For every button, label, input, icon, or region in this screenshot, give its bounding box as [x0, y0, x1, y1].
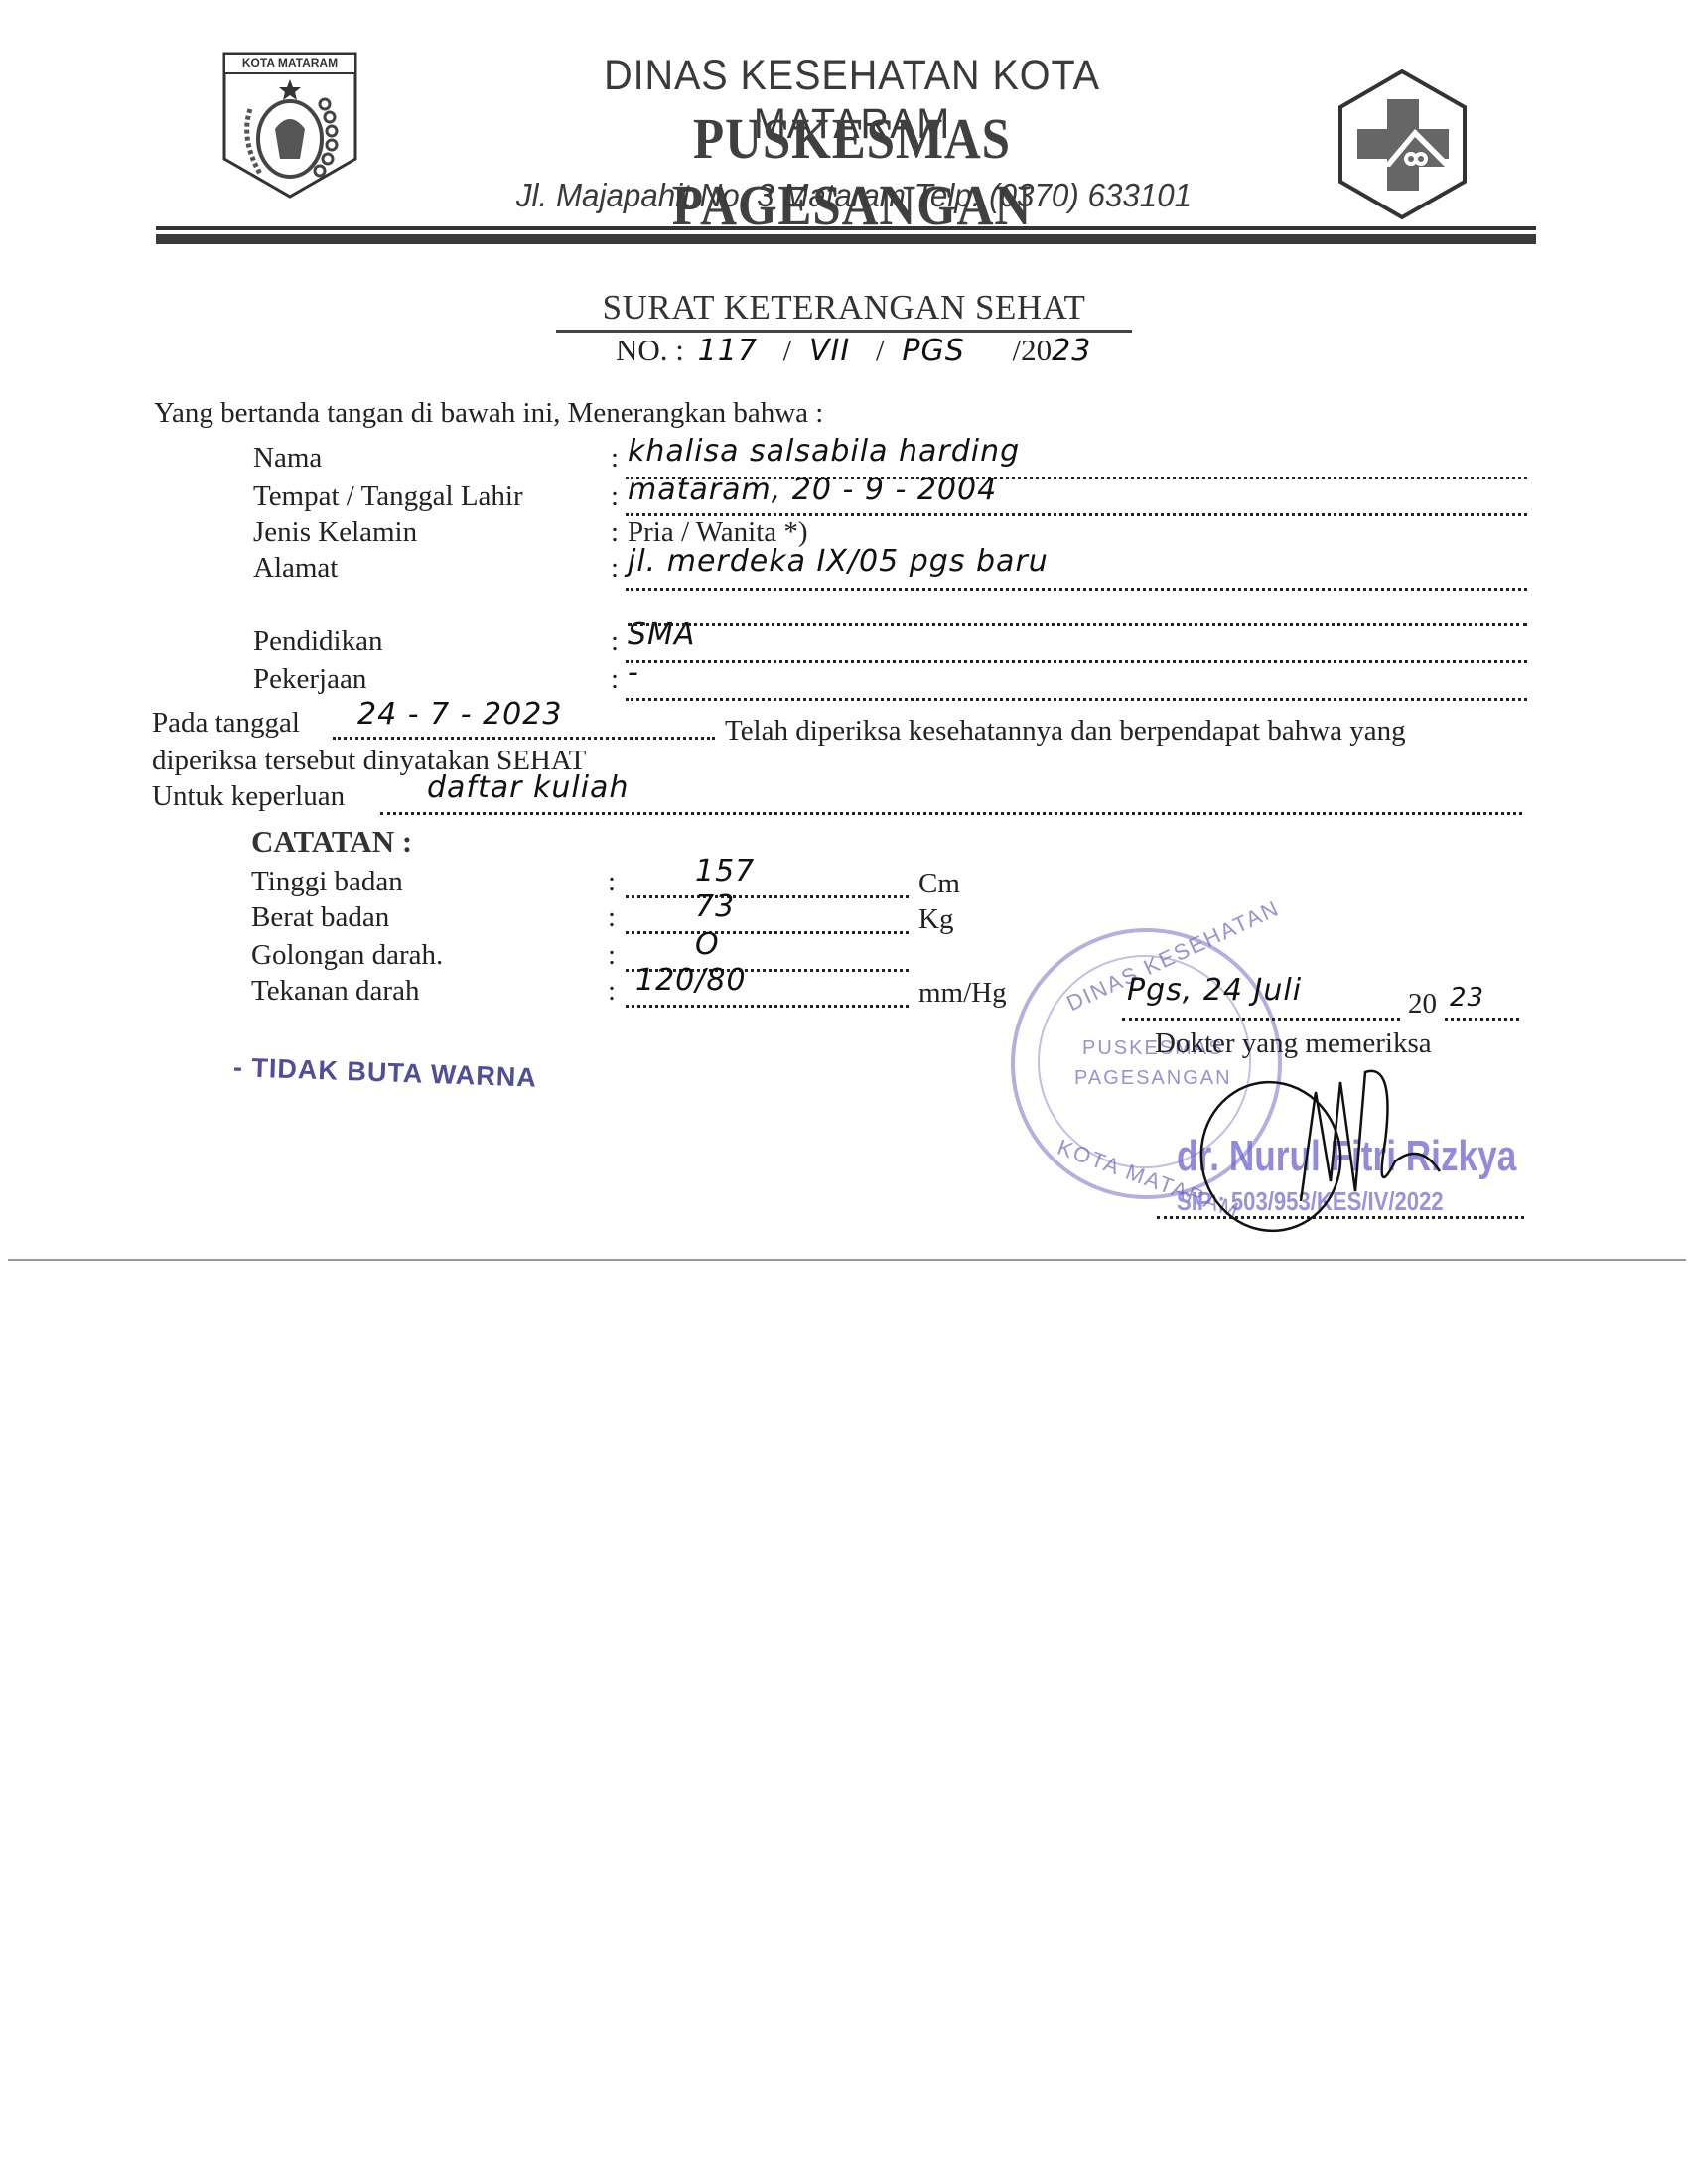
purpose-dots	[380, 812, 1522, 815]
field-colon: :	[611, 552, 619, 585]
field-value: khalisa salsabila harding	[628, 434, 1020, 469]
note-unit: Kg	[918, 903, 953, 936]
doctor-signature	[1182, 1052, 1499, 1241]
sign-year-dots	[1445, 1018, 1519, 1021]
exam-date-dots	[333, 737, 715, 740]
field-label: Alamat	[253, 552, 338, 585]
note-label: Golongan darah.	[251, 939, 443, 972]
field-colon: :	[611, 480, 619, 513]
clinic-address: Jl. Majapahit No. 3 Mataram Telp. (0370)…	[487, 177, 1222, 214]
note-unit: Cm	[918, 868, 960, 900]
city-coat-of-arms-logo: KOTA MATARAM	[220, 50, 359, 199]
field-dots	[626, 660, 1527, 663]
exam-date-prefix: Pada tanggal	[152, 707, 300, 740]
notes-heading: CATATAN :	[251, 824, 412, 860]
note-value: 157	[695, 854, 755, 888]
sign-place-dots	[1122, 1018, 1400, 1021]
note-dots	[626, 931, 909, 934]
document-number: NO. : 117 / VII / PGS /2023	[616, 333, 1091, 368]
field-label: Nama	[253, 442, 322, 475]
note-unit: mm/Hg	[918, 977, 1007, 1010]
field-colon: :	[611, 663, 619, 696]
note-colon: :	[608, 975, 616, 1008]
number-seq: 117	[698, 334, 758, 368]
page-bottom-edge	[8, 1259, 1686, 1261]
note-value: O	[695, 927, 720, 962]
note-value: 73	[695, 889, 735, 924]
note-label: Berat badan	[251, 901, 389, 934]
field-dots	[626, 698, 1527, 701]
color-blind-stamp: - TIDAK BUTA WARNA	[232, 1052, 537, 1094]
header-rule-thin	[156, 226, 1536, 230]
field-label: Pendidikan	[253, 625, 383, 658]
field-label: Jenis Kelamin	[253, 516, 417, 549]
purpose-label: Untuk keperluan	[152, 780, 345, 813]
field-dots	[626, 588, 1527, 591]
field-colon: :	[611, 625, 619, 658]
field-label: Tempat / Tanggal Lahir	[253, 480, 523, 513]
note-colon: :	[608, 866, 616, 898]
number-month: VII	[809, 334, 850, 368]
note-dots	[626, 895, 909, 898]
field-label: Pekerjaan	[253, 663, 366, 696]
purpose-value: daftar kuliah	[427, 770, 629, 805]
note-dots	[626, 1005, 909, 1008]
note-label: Tekanan darah	[251, 975, 419, 1008]
sign-year-printed: 20	[1408, 988, 1437, 1021]
number-prefix: NO. :	[616, 333, 684, 367]
number-year-printed: /20	[1013, 333, 1053, 367]
note-colon: :	[608, 901, 616, 934]
address-line-2-dots	[628, 623, 1527, 626]
document-title: SURAT KETERANGAN SEHAT	[556, 288, 1132, 333]
field-value: mataram, 20 - 9 - 2004	[628, 473, 997, 507]
clinic-name: PUSKESMAS PAGESANGAN	[520, 105, 1185, 238]
puskesmas-cross-house-icon	[1336, 68, 1470, 221]
intro-text: Yang bertanda tangan di bawah ini, Mener…	[154, 397, 823, 430]
puskesmas-logo	[1336, 68, 1470, 221]
exam-statement-1: Telah diperiksa kesehatannya dan berpend…	[725, 715, 1406, 748]
note-colon: :	[608, 939, 616, 972]
note-value: 120/80	[635, 963, 747, 998]
field-colon: :	[611, 442, 619, 475]
field-colon: :	[611, 516, 619, 549]
field-value: jl. merdeka IX/05 pgs baru	[628, 544, 1049, 579]
sign-place-date: Pgs, 24 Juli	[1127, 973, 1302, 1008]
header-rule-thick	[156, 234, 1536, 244]
logo-label: KOTA MATARAM	[228, 56, 352, 69]
number-year-handwritten: 23	[1052, 334, 1091, 368]
exam-date: 24 - 7 - 2023	[357, 697, 562, 732]
note-label: Tinggi badan	[251, 866, 403, 898]
sign-year-handwritten: 23	[1450, 983, 1484, 1013]
field-value: -	[628, 655, 639, 690]
number-code: PGS	[902, 334, 964, 368]
